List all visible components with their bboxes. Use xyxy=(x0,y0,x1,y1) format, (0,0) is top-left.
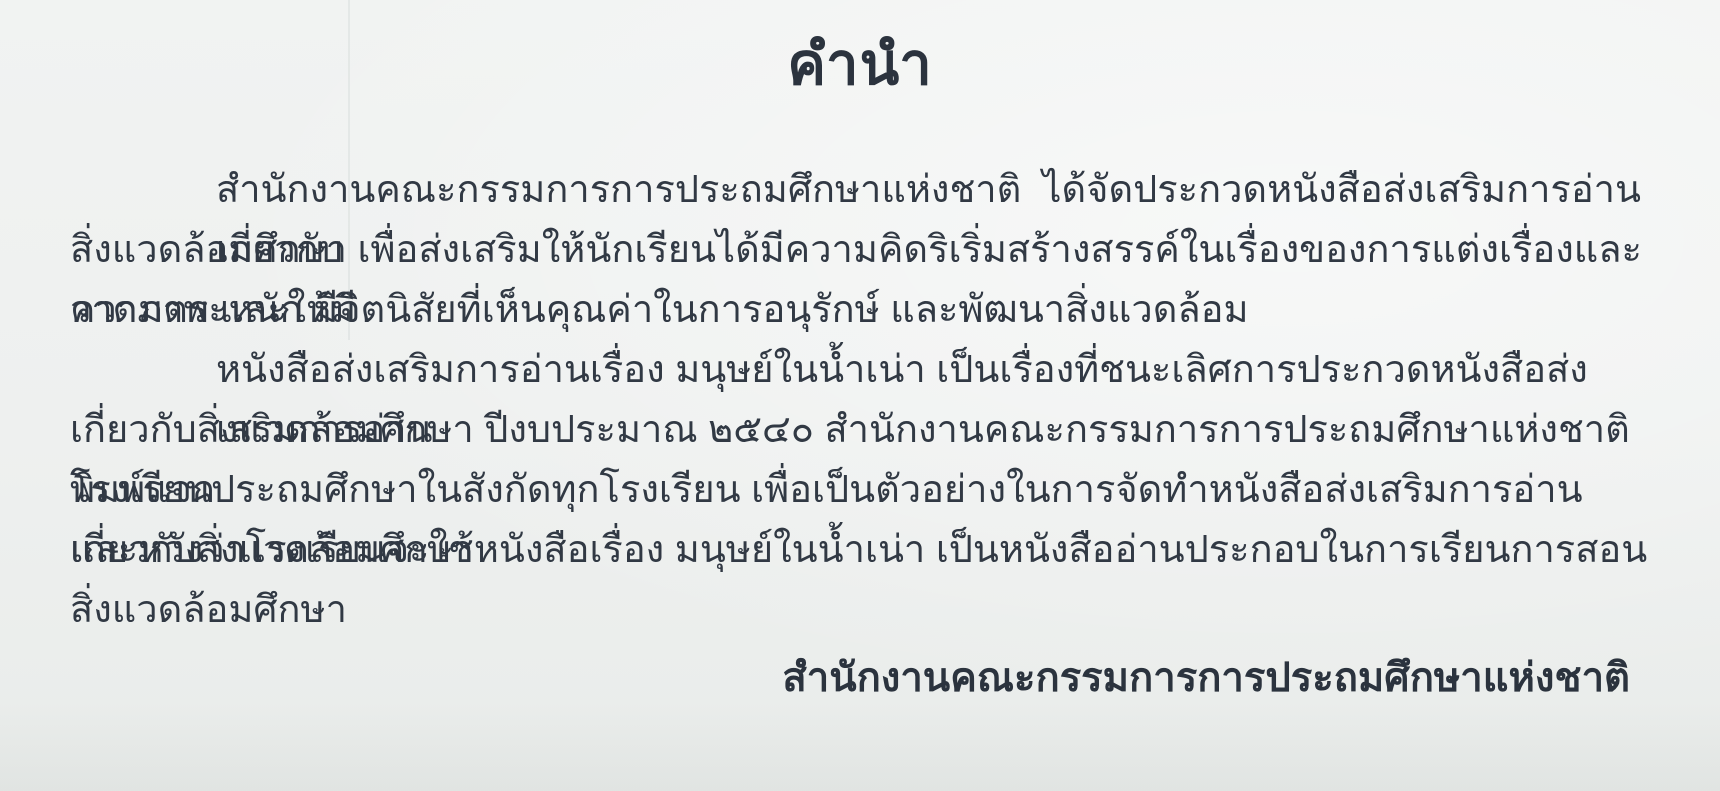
signature-line: สำนักงานคณะกรรมการการประถมศึกษาแห่งชาติ xyxy=(782,648,1630,708)
preface-line: หนังสือส่งเสริมการอ่านเรื่อง มนุษย์ในน้ำ… xyxy=(70,340,1658,400)
preface-line: เกี่ยวกับสิ่งแวดล้อมศึกษา ปีงบประมาณ ๒๕๔… xyxy=(70,400,1658,460)
preface-line: และหวังว่าโรงเรียนจะใช้หนังสือเรื่อง มนุ… xyxy=(70,520,1658,580)
page-title: คำนำ xyxy=(0,22,1720,108)
preface-line: โรงเรียนประถมศึกษาในสังกัดทุกโรงเรียน เพ… xyxy=(70,460,1658,520)
preface-line: ความตระหนัก มีจิตนิสัยที่เห็นคุณค่าในการ… xyxy=(70,280,1658,340)
preface-body: สำนักงานคณะกรรมการการประถมศึกษาแห่งชาติ … xyxy=(0,160,1720,580)
preface-line: สิ่งแวดล้อมศึกษา เพื่อส่งเสริมให้นักเรีย… xyxy=(70,220,1658,280)
preface-line: สำนักงานคณะกรรมการการประถมศึกษาแห่งชาติ … xyxy=(70,160,1658,220)
scanned-document-page: คำนำ สำนักงานคณะกรรมการการประถมศึกษาแห่ง… xyxy=(0,0,1720,791)
